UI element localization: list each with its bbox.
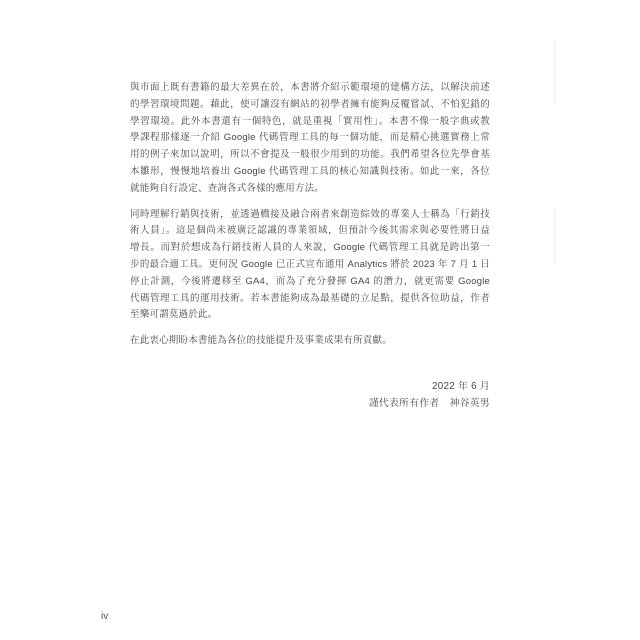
text-line: 至樂可謂莫過於此。 — [130, 307, 490, 324]
preface-paragraph-1: 與市面上既有書籍的最大差異在於，本書將介紹示範環境的建構方法，以解決前述的學習環… — [130, 80, 490, 198]
text-line: 術人員」。這是個尚未被廣泛認識的專業領域，但預計今後其需求與必要性將日益 — [130, 223, 490, 240]
text-line: 用的例子來加以說明，所以不會提及一般很少用到的功能。我們希望各位先學會基 — [130, 147, 490, 164]
book-page: 與市面上既有書籍的最大差異在於，本書將介紹示範環境的建構方法，以解決前述的學習環… — [0, 0, 640, 640]
text-line: 就能夠自行設定、查詢各式各樣的應用方法。 — [130, 181, 490, 198]
scan-edge-artifact — [553, 208, 557, 264]
page-number: iv — [101, 611, 108, 622]
text-line: 學課程那樣逐一介紹 Google 代碼管理工具的每一個功能，而是精心挑選實務上常 — [130, 130, 490, 147]
preface-paragraph-2: 同時理解行銷與技術，並透過橋接及融合兩者來創造綜效的專業人士稱為「行銷技術人員」… — [130, 207, 490, 325]
text-line: 在此衷心期盼本書能為各位的技能提升及事業成果有所貢獻。 — [130, 333, 490, 350]
date-line: 2022 年 6 月 — [369, 379, 490, 396]
text-line: 學習環境。此外本書還有一個特色，就是重視「實用性」。本書不像一般字典或教 — [130, 114, 490, 131]
text-line: 與市面上既有書籍的最大差異在於，本書將介紹示範環境的建構方法，以解決前述 — [130, 80, 490, 97]
preface-text-block: 與市面上既有書籍的最大差異在於，本書將介紹示範環境的建構方法，以解決前述的學習環… — [130, 80, 490, 350]
text-line: 同時理解行銷與技術，並透過橋接及融合兩者來創造綜效的專業人士稱為「行銷技 — [130, 207, 490, 224]
text-line: 增長。而對於想成為行銷技術人員的人來說，Google 代碼管理工具就是跨出第一 — [130, 240, 490, 257]
scan-edge-artifact — [553, 40, 557, 103]
text-line: 本雛形，慢慢地培養出 Google 代碼管理工具的核心知識與技術。如此一來，各位 — [130, 164, 490, 181]
signature-line: 謹代表所有作者 神谷英男 — [369, 396, 490, 413]
text-line: 步的最合適工具。更何況 Google 已正式宣布通用 Analytics 將於 … — [130, 257, 490, 274]
closing-block: 2022 年 6 月 謹代表所有作者 神谷英男 — [369, 379, 490, 413]
text-line: 代碼管理工具的運用技術。若本書能夠成為最基礎的立足點，提供各位助益，作者 — [130, 291, 490, 308]
text-line: 停止計測，今後將遷移至 GA4，而為了充分發揮 GA4 的潛力，就更需要 Goo… — [130, 274, 490, 291]
preface-paragraph-3: 在此衷心期盼本書能為各位的技能提升及事業成果有所貢獻。 — [130, 333, 490, 350]
text-line: 的學習環境問題。藉此，使可讓沒有網站的初學者擁有能夠反覆嘗試、不怕犯錯的 — [130, 97, 490, 114]
